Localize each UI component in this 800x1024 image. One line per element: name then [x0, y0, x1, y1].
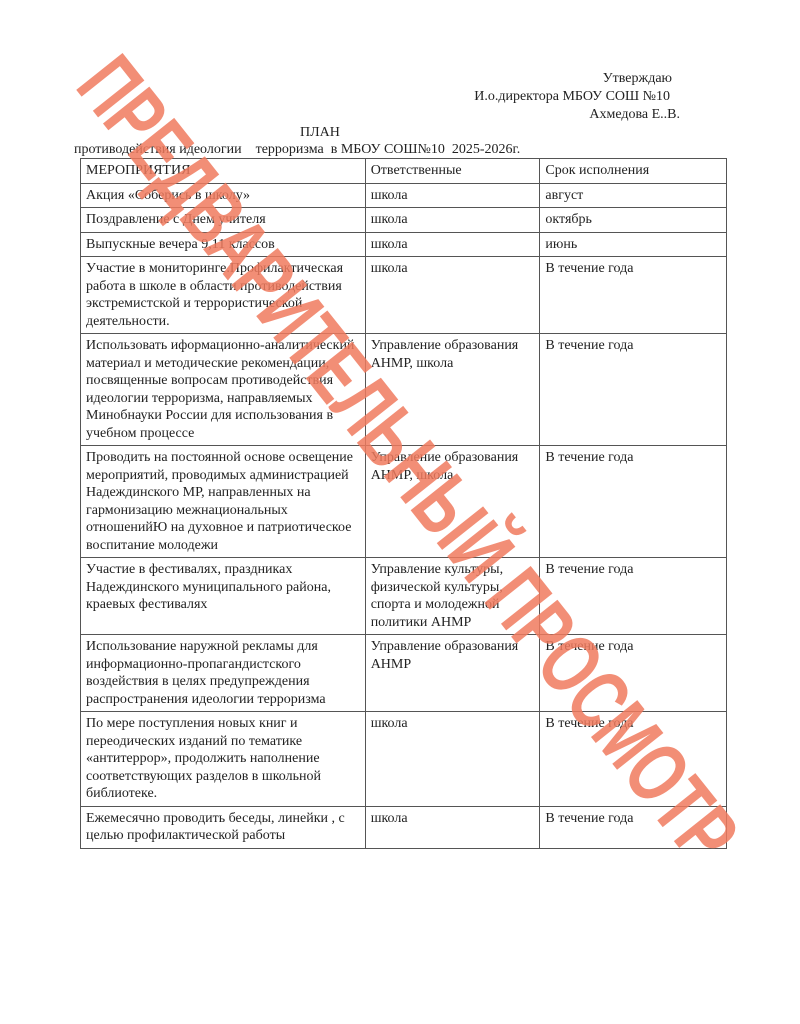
table-row: Поздравление с Днем учителяшколаоктябрь: [81, 208, 727, 233]
responsible-cell: школа: [365, 183, 540, 208]
deadline-cell: В течение года: [540, 806, 727, 848]
deadline-cell: В течение года: [540, 712, 727, 807]
deadline-cell: октябрь: [540, 208, 727, 233]
table-row: Выпускные вечера 9,11 классовшколаиюнь: [81, 232, 727, 257]
event-cell: Акция «Соберись в школу»: [81, 183, 366, 208]
deadline-cell: В течение года: [540, 257, 727, 334]
event-cell: Участие в мониторинге.Профилактическая р…: [81, 257, 366, 334]
responsible-cell: школа: [365, 208, 540, 233]
deadline-cell: В течение года: [540, 334, 727, 446]
responsible-cell: Управление образования АНМР: [365, 635, 540, 712]
table-row: Использовать иформационно-аналитический …: [81, 334, 727, 446]
event-cell: Выпускные вечера 9,11 классов: [81, 232, 366, 257]
deadline-cell: В течение года: [540, 558, 727, 635]
table-row: Участие в мониторинге.Профилактическая р…: [81, 257, 727, 334]
column-header: МЕРОПРИЯТИЯ: [81, 159, 366, 184]
column-header: Ответственные: [365, 159, 540, 184]
title-heading: ПЛАН: [300, 124, 340, 141]
deadline-cell: В течение года: [540, 446, 727, 558]
responsible-cell: школа: [365, 806, 540, 848]
table-header-row: МЕРОПРИЯТИЯОтветственныеСрок исполнения: [81, 159, 727, 184]
event-cell: По мере поступления новых книг и переоди…: [81, 712, 366, 807]
deadline-cell: В течение года: [540, 635, 727, 712]
deadline-cell: июнь: [540, 232, 727, 257]
approval-title: Утверждаю: [474, 70, 672, 88]
event-cell: Поздравление с Днем учителя: [81, 208, 366, 233]
approval-name: Ахмедова Е..В.: [474, 106, 680, 124]
approval-position: И.о.директора МБОУ СОШ №10: [474, 88, 670, 106]
table-row: Участие в фестивалях, праздниках Надежди…: [81, 558, 727, 635]
event-cell: Проводить на постоянной основе освещение…: [81, 446, 366, 558]
table-row: Проводить на постоянной основе освещение…: [81, 446, 727, 558]
approval-block: Утверждаю И.о.директора МБОУ СОШ №10 Ахм…: [474, 70, 670, 124]
event-cell: Ежемесячно проводить беседы, линейки , с…: [81, 806, 366, 848]
event-cell: Использовать иформационно-аналитический …: [81, 334, 366, 446]
responsible-cell: Управление образования АНМР, школа: [365, 334, 540, 446]
responsible-cell: школа: [365, 232, 540, 257]
deadline-cell: август: [540, 183, 727, 208]
table-row: Ежемесячно проводить беседы, линейки , с…: [81, 806, 727, 848]
event-cell: Использование наружной рекламы для инфор…: [81, 635, 366, 712]
table-row: По мере поступления новых книг и переоди…: [81, 712, 727, 807]
table-row: Использование наружной рекламы для инфор…: [81, 635, 727, 712]
responsible-cell: школа: [365, 257, 540, 334]
event-cell: Участие в фестивалях, праздниках Надежди…: [81, 558, 366, 635]
column-header: Срок исполнения: [540, 159, 727, 184]
responsible-cell: Управление образования АНМР, школа: [365, 446, 540, 558]
responsible-cell: Управление культуры, физической культуры…: [365, 558, 540, 635]
table-row: Акция «Соберись в школу»школаавгуст: [81, 183, 727, 208]
plan-table: МЕРОПРИЯТИЯОтветственныеСрок исполнения …: [80, 158, 727, 849]
title-subtitle: противодействия идеологии терроризма в М…: [74, 141, 520, 158]
responsible-cell: школа: [365, 712, 540, 807]
